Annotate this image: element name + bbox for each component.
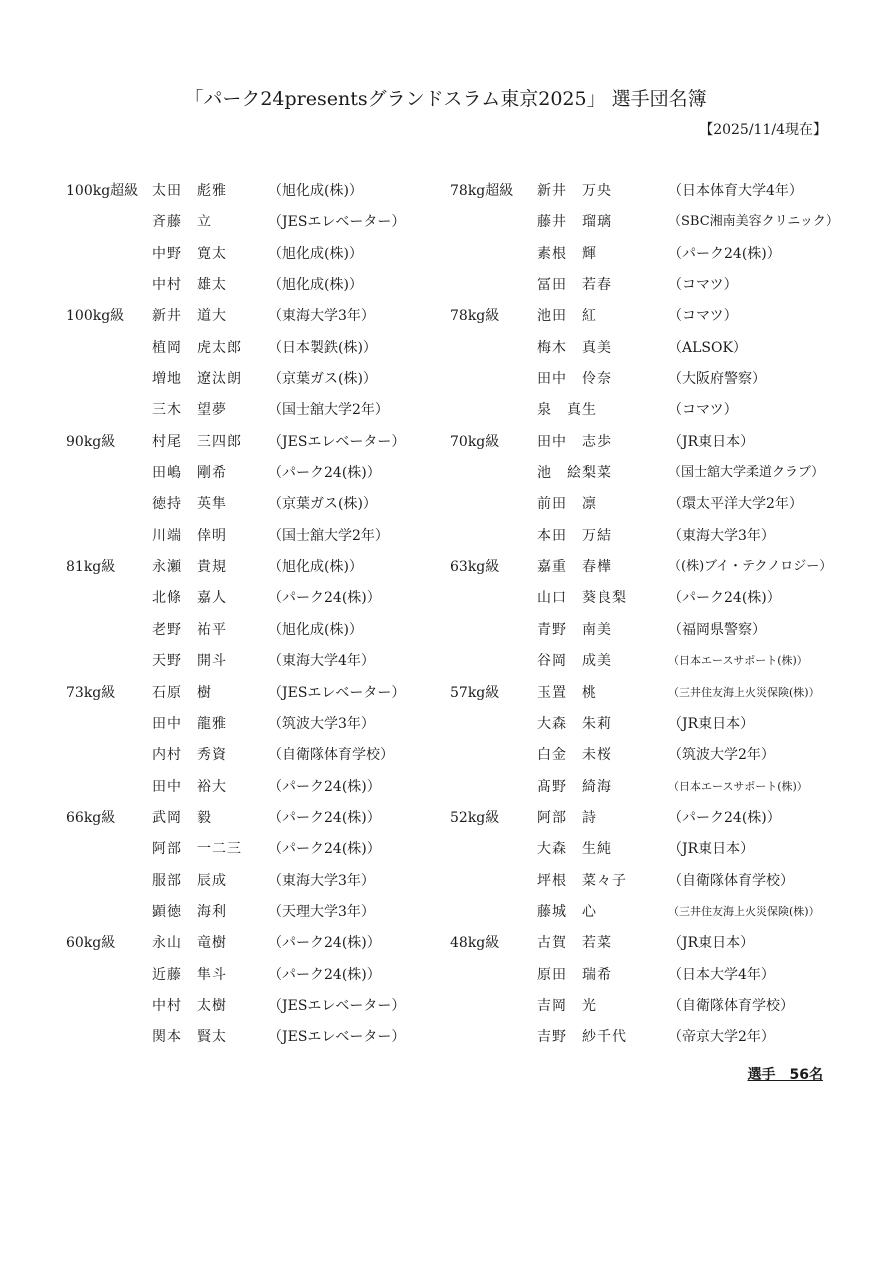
athlete-affiliation: （JR東日本） xyxy=(668,713,754,735)
athlete-name: 斉藤 立 xyxy=(152,211,212,233)
weight-class: 78kg超級 xyxy=(450,180,513,202)
athlete-name: 玉置 桃 xyxy=(537,682,597,704)
athlete-name: 新井 万央 xyxy=(537,180,612,202)
athlete-affiliation: （自衛隊体育学校） xyxy=(668,870,794,892)
roster-row: 髙野 綺海（日本エースサポート(株)） xyxy=(450,776,830,807)
athlete-affiliation: （東海大学3年） xyxy=(668,525,775,547)
athlete-affiliation: （日本大学4年） xyxy=(668,964,775,986)
athlete-name: 藤井 瑠璃 xyxy=(537,211,612,233)
roster-row: 老野 祐平（旭化成(株)） xyxy=(66,619,446,650)
athlete-affiliation: （パーク24(株)） xyxy=(268,964,381,986)
athlete-name: 中村 太樹 xyxy=(152,995,227,1017)
roster-row: 原田 瑞希（日本大学4年） xyxy=(450,964,830,995)
athlete-name: 村尾 三四郎 xyxy=(152,431,242,453)
roster-row: 山口 葵良梨（パーク24(株)） xyxy=(450,587,830,618)
athlete-name: 山口 葵良梨 xyxy=(537,587,627,609)
athlete-name: 藤城 心 xyxy=(537,901,597,923)
roster-row: 吉野 紗千代（帝京大学2年） xyxy=(450,1026,830,1057)
total-athletes: 選手 56名 xyxy=(748,1064,823,1084)
athlete-name: 青野 南美 xyxy=(537,619,612,641)
roster-row: 藤城 心（三井住友海上火災保険(株)） xyxy=(450,901,830,932)
women-roster-column: 78kg超級新井 万央（日本体育大学4年）藤井 瑠璃（SBC湘南美容クリニック）… xyxy=(450,180,830,1058)
athlete-name: 武岡 毅 xyxy=(152,807,212,829)
roster-row: 関本 賢太（JESエレベーター） xyxy=(66,1026,446,1057)
roster-row: 田嶋 剛希（パーク24(株)） xyxy=(66,462,446,493)
athlete-name: 増地 遼汰朗 xyxy=(152,368,242,390)
roster-row: 藤井 瑠璃（SBC湘南美容クリニック） xyxy=(450,211,830,242)
athlete-affiliation: （コマツ） xyxy=(668,274,738,296)
roster-row: 梅木 真美（ALSOK） xyxy=(450,337,830,368)
roster-row: 52kg級阿部 詩（パーク24(株)） xyxy=(450,807,830,838)
men-roster-column: 100kg超級太田 彪雅（旭化成(株)）斉藤 立（JESエレベーター）中野 寛太… xyxy=(66,180,446,1058)
athlete-name: 谷岡 成美 xyxy=(537,650,612,672)
athlete-affiliation: （筑波大学3年） xyxy=(268,713,375,735)
weight-class: 73kg級 xyxy=(66,682,115,704)
athlete-affiliation: （東海大学3年） xyxy=(268,870,375,892)
athlete-name: 嘉重 春樺 xyxy=(537,556,612,578)
weight-class: 66kg級 xyxy=(66,807,115,829)
athlete-affiliation: （パーク24(株)） xyxy=(668,807,781,829)
athlete-name: 永瀬 貴規 xyxy=(152,556,227,578)
athlete-affiliation: （三井住友海上火災保険(株)） xyxy=(668,682,820,704)
athlete-name: 顕徳 海利 xyxy=(152,901,227,923)
roster-row: 中野 寛太（旭化成(株)） xyxy=(66,243,446,274)
athlete-name: 新井 道大 xyxy=(152,305,227,327)
athlete-affiliation: （JESエレベーター） xyxy=(268,1026,405,1048)
athlete-affiliation: （三井住友海上火災保険(株)） xyxy=(668,901,820,923)
roster-row: 植岡 虎太郎（日本製鉄(株)） xyxy=(66,337,446,368)
athlete-affiliation: （日本体育大学4年） xyxy=(668,180,803,202)
athlete-affiliation: （東海大学3年） xyxy=(268,305,375,327)
roster-row: 三木 望夢（国士舘大学2年） xyxy=(66,399,446,430)
athlete-name: 田嶋 剛希 xyxy=(152,462,227,484)
athlete-affiliation: （日本製鉄(株)） xyxy=(268,337,377,359)
athlete-affiliation: （パーク24(株)） xyxy=(668,587,781,609)
athlete-name: 古賀 若菜 xyxy=(537,932,612,954)
athlete-name: 関本 賢太 xyxy=(152,1026,227,1048)
roster-row: 田中 伶奈（大阪府警察） xyxy=(450,368,830,399)
weight-class: 63kg級 xyxy=(450,556,499,578)
roster-row: 大森 生純（JR東日本） xyxy=(450,838,830,869)
roster-row: 60kg級永山 竜樹（パーク24(株)） xyxy=(66,932,446,963)
athlete-affiliation: （パーク24(株)） xyxy=(268,462,381,484)
athlete-affiliation: （帝京大学2年） xyxy=(668,1026,775,1048)
roster-row: 泉 真生（コマツ） xyxy=(450,399,830,430)
roster-row: 田中 裕大（パーク24(株)） xyxy=(66,776,446,807)
athlete-affiliation: （日本エースサポート(株)） xyxy=(668,776,808,798)
athlete-affiliation: （旭化成(株)） xyxy=(268,243,363,265)
weight-class: 100kg超級 xyxy=(66,180,138,202)
roster-row: 谷岡 成美（日本エースサポート(株)） xyxy=(450,650,830,681)
roster-row: 内村 秀資（自衛隊体育学校） xyxy=(66,744,446,775)
roster-row: 坪根 菜々子（自衛隊体育学校） xyxy=(450,870,830,901)
athlete-name: 白金 未桜 xyxy=(537,744,612,766)
weight-class: 60kg級 xyxy=(66,932,115,954)
athlete-name: 大森 朱莉 xyxy=(537,713,612,735)
weight-class: 70kg級 xyxy=(450,431,499,453)
athlete-affiliation: （旭化成(株)） xyxy=(268,619,363,641)
weight-class: 100kg級 xyxy=(66,305,124,327)
athlete-affiliation: （京葉ガス(株)） xyxy=(268,493,377,515)
roster-row: 冨田 若春（コマツ） xyxy=(450,274,830,305)
roster-row: 池 絵梨菜（国士舘大学柔道クラブ） xyxy=(450,462,830,493)
athlete-affiliation: （パーク24(株)） xyxy=(268,587,381,609)
weight-class: 57kg級 xyxy=(450,682,499,704)
athlete-affiliation: （国士舘大学柔道クラブ） xyxy=(668,462,824,484)
athlete-name: 田中 龍雅 xyxy=(152,713,227,735)
athlete-name: 田中 裕大 xyxy=(152,776,227,798)
athlete-name: 植岡 虎太郎 xyxy=(152,337,242,359)
weight-class: 52kg級 xyxy=(450,807,499,829)
athlete-affiliation: （JR東日本） xyxy=(668,932,754,954)
weight-class: 48kg級 xyxy=(450,932,499,954)
athlete-affiliation: （コマツ） xyxy=(668,305,738,327)
roster-row: 100kg超級太田 彪雅（旭化成(株)） xyxy=(66,180,446,211)
athlete-affiliation: （JR東日本） xyxy=(668,431,754,453)
athlete-affiliation: （パーク24(株)） xyxy=(268,838,381,860)
athlete-affiliation: （ALSOK） xyxy=(668,337,747,359)
document-title: 「パーク24presentsグランドスラム東京2025」 選手団名簿 xyxy=(0,84,891,111)
roster-row: 48kg級古賀 若菜（JR東日本） xyxy=(450,932,830,963)
roster-row: 70kg級田中 志歩（JR東日本） xyxy=(450,431,830,462)
athlete-name: 吉野 紗千代 xyxy=(537,1026,627,1048)
roster-row: 中村 雄太（旭化成(株)） xyxy=(66,274,446,305)
roster-row: 吉岡 光（自衛隊体育学校） xyxy=(450,995,830,1026)
athlete-name: 阿部 詩 xyxy=(537,807,597,829)
roster-row: 78kg超級新井 万央（日本体育大学4年） xyxy=(450,180,830,211)
roster-row: 90kg級村尾 三四郎（JESエレベーター） xyxy=(66,431,446,462)
athlete-name: 池 絵梨菜 xyxy=(537,462,612,484)
athlete-name: 服部 辰成 xyxy=(152,870,227,892)
athlete-affiliation: （国士舘大学2年） xyxy=(268,399,389,421)
athlete-affiliation: （コマツ） xyxy=(668,399,738,421)
weight-class: 90kg級 xyxy=(66,431,115,453)
roster-row: 本田 万結（東海大学3年） xyxy=(450,525,830,556)
athlete-affiliation: （SBC湘南美容クリニック） xyxy=(668,211,839,233)
athlete-name: 北條 嘉人 xyxy=(152,587,227,609)
athlete-name: 泉 真生 xyxy=(537,399,597,421)
athlete-affiliation: （パーク24(株)） xyxy=(268,776,381,798)
roster-row: 前田 凛（環太平洋大学2年） xyxy=(450,493,830,524)
athlete-name: 原田 瑞希 xyxy=(537,964,612,986)
roster-row: 天野 開斗（東海大学4年） xyxy=(66,650,446,681)
athlete-affiliation: （天理大学3年） xyxy=(268,901,375,923)
athlete-affiliation: （自衛隊体育学校） xyxy=(268,744,394,766)
athlete-name: 阿部 一二三 xyxy=(152,838,242,860)
athlete-affiliation: （JR東日本） xyxy=(668,838,754,860)
athlete-affiliation: （JESエレベーター） xyxy=(268,431,405,453)
roster-row: 中村 太樹（JESエレベーター） xyxy=(66,995,446,1026)
roster-row: 81kg級永瀬 貴規（旭化成(株)） xyxy=(66,556,446,587)
roster-row: 阿部 一二三（パーク24(株)） xyxy=(66,838,446,869)
athlete-affiliation: （旭化成(株)） xyxy=(268,556,363,578)
athlete-affiliation: （JESエレベーター） xyxy=(268,211,405,233)
athlete-name: 田中 伶奈 xyxy=(537,368,612,390)
roster-row: 徳持 英隼（京葉ガス(株)） xyxy=(66,493,446,524)
roster-row: 顕徳 海利（天理大学3年） xyxy=(66,901,446,932)
athlete-name: 髙野 綺海 xyxy=(537,776,612,798)
athlete-name: 石原 樹 xyxy=(152,682,212,704)
roster-row: 斉藤 立（JESエレベーター） xyxy=(66,211,446,242)
roster-row: 田中 龍雅（筑波大学3年） xyxy=(66,713,446,744)
athlete-affiliation: （パーク24(株)） xyxy=(668,243,781,265)
athlete-name: 中村 雄太 xyxy=(152,274,227,296)
athlete-affiliation: （国士舘大学2年） xyxy=(268,525,389,547)
roster-row: 白金 未桜（筑波大学2年） xyxy=(450,744,830,775)
athlete-affiliation: （日本エースサポート(株)） xyxy=(668,650,808,672)
athlete-name: 吉岡 光 xyxy=(537,995,597,1017)
roster-row: 増地 遼汰朗（京葉ガス(株)） xyxy=(66,368,446,399)
athlete-name: 三木 望夢 xyxy=(152,399,227,421)
athlete-affiliation: （パーク24(株)） xyxy=(268,932,381,954)
athlete-name: 内村 秀資 xyxy=(152,744,227,766)
roster-row: 73kg級石原 樹（JESエレベーター） xyxy=(66,682,446,713)
athlete-name: 本田 万結 xyxy=(537,525,612,547)
athlete-affiliation: （JESエレベーター） xyxy=(268,682,405,704)
weight-class: 81kg級 xyxy=(66,556,115,578)
roster-row: 川端 倖明（国士舘大学2年） xyxy=(66,525,446,556)
roster-row: 北條 嘉人（パーク24(株)） xyxy=(66,587,446,618)
roster-row: 63kg級嘉重 春樺（(株)ブイ・テクノロジー） xyxy=(450,556,830,587)
athlete-affiliation: （JESエレベーター） xyxy=(268,995,405,1017)
roster-row: 100kg級新井 道大（東海大学3年） xyxy=(66,305,446,336)
athlete-affiliation: （京葉ガス(株)） xyxy=(268,368,377,390)
athlete-affiliation: （パーク24(株)） xyxy=(268,807,381,829)
roster-row: 服部 辰成（東海大学3年） xyxy=(66,870,446,901)
athlete-affiliation: （東海大学4年） xyxy=(268,650,375,672)
athlete-name: 大森 生純 xyxy=(537,838,612,860)
as-of-date: 【2025/11/4現在】 xyxy=(699,119,827,139)
athlete-name: 老野 祐平 xyxy=(152,619,227,641)
athlete-name: 天野 開斗 xyxy=(152,650,227,672)
athlete-name: 田中 志歩 xyxy=(537,431,612,453)
athlete-name: 近藤 隼斗 xyxy=(152,964,227,986)
athlete-name: 素根 輝 xyxy=(537,243,597,265)
athlete-name: 池田 紅 xyxy=(537,305,597,327)
athlete-affiliation: （大阪府警察） xyxy=(668,368,766,390)
athlete-affiliation: （福岡県警察） xyxy=(668,619,766,641)
athlete-name: 中野 寛太 xyxy=(152,243,227,265)
roster-row: 57kg級玉置 桃（三井住友海上火災保険(株)） xyxy=(450,682,830,713)
athlete-name: 坪根 菜々子 xyxy=(537,870,627,892)
athlete-name: 梅木 真美 xyxy=(537,337,612,359)
athlete-name: 徳持 英隼 xyxy=(152,493,227,515)
athlete-name: 永山 竜樹 xyxy=(152,932,227,954)
athlete-name: 太田 彪雅 xyxy=(152,180,227,202)
roster-row: 78kg級池田 紅（コマツ） xyxy=(450,305,830,336)
roster-row: 66kg級武岡 毅（パーク24(株)） xyxy=(66,807,446,838)
athlete-name: 前田 凛 xyxy=(537,493,597,515)
roster-row: 大森 朱莉（JR東日本） xyxy=(450,713,830,744)
roster-row: 青野 南美（福岡県警察） xyxy=(450,619,830,650)
athlete-affiliation: （筑波大学2年） xyxy=(668,744,775,766)
roster-row: 近藤 隼斗（パーク24(株)） xyxy=(66,964,446,995)
athlete-affiliation: （旭化成(株)） xyxy=(268,274,363,296)
weight-class: 78kg級 xyxy=(450,305,499,327)
athlete-name: 冨田 若春 xyxy=(537,274,612,296)
athlete-name: 川端 倖明 xyxy=(152,525,227,547)
athlete-affiliation: （旭化成(株)） xyxy=(268,180,363,202)
athlete-affiliation: （(株)ブイ・テクノロジー） xyxy=(668,556,832,578)
athlete-affiliation: （自衛隊体育学校） xyxy=(668,995,794,1017)
athlete-affiliation: （環太平洋大学2年） xyxy=(668,493,803,515)
roster-row: 素根 輝（パーク24(株)） xyxy=(450,243,830,274)
